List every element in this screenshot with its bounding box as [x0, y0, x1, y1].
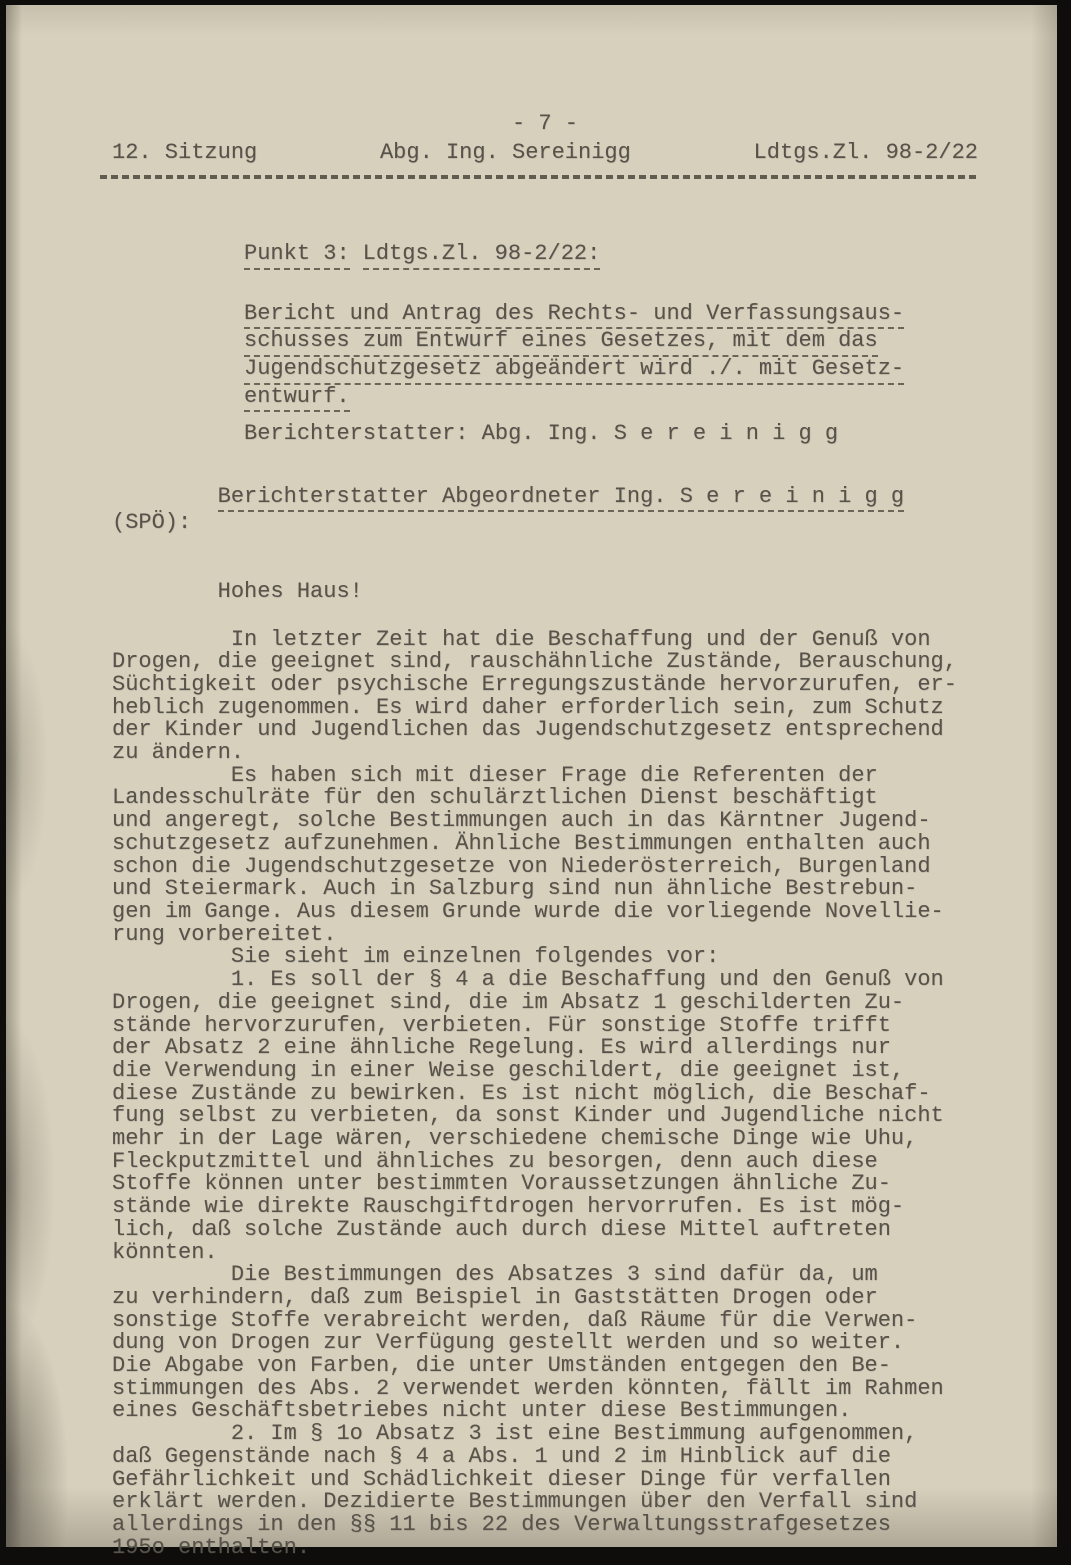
rapporteur-line: Berichterstatter: Abg. Ing. S e r e i n …	[112, 423, 978, 446]
agenda-title-line: Jugendschutzgesetz abgeändert wird ./. m…	[244, 358, 978, 385]
salutation: Hohes Haus!	[112, 581, 978, 604]
paragraph: 1. Es soll der § 4 a die Beschaffung und…	[112, 969, 978, 1264]
header-divider	[100, 175, 980, 179]
agenda-title-line: entwurf.	[244, 386, 978, 413]
agenda-item-heading: Punkt 3:Ldtgs.Zl. 98-2/22:	[112, 220, 978, 292]
file-reference: Ldtgs.Zl. 98-2/22	[754, 142, 978, 165]
agenda-title-text: schusses zum Entwurf eines Gesetzes, mit…	[244, 330, 878, 357]
scanned-document: - 7 - 12. Sitzung Abg. Ing. Sereinigg Ld…	[0, 0, 1071, 1565]
agenda-title-text: Jugendschutzgesetz abgeändert wird ./. m…	[244, 358, 904, 385]
agenda-item: Punkt 3:Ldtgs.Zl. 98-2/22: Bericht und A…	[112, 220, 978, 412]
agenda-title-line: schusses zum Entwurf eines Gesetzes, mit…	[244, 330, 978, 357]
session-label: 12. Sitzung	[112, 142, 257, 165]
agenda-item-label: Punkt 3:	[244, 243, 350, 270]
paper-sheet: - 7 - 12. Sitzung Abg. Ing. Sereinigg Ld…	[6, 5, 1057, 1547]
speaker-label: Abg. Ing. Sereinigg	[380, 142, 631, 165]
paragraph: Die Bestimmungen des Absatzes 3 sind daf…	[112, 1264, 978, 1423]
agenda-item-reference: Ldtgs.Zl. 98-2/22:	[363, 243, 601, 270]
paragraph: Sie sieht im einzelnen folgendes vor:	[112, 946, 978, 969]
agenda-item-title: Bericht und Antrag des Rechts- und Verfa…	[244, 303, 978, 413]
rapporteur-name: Berichterstatter Abgeordneter Ing. S e r…	[218, 486, 905, 513]
paragraph: 2. Im § 1o Absatz 3 ist eine Bestimmung …	[112, 1423, 978, 1559]
agenda-title-text: entwurf.	[244, 386, 350, 413]
page-content: - 7 - 12. Sitzung Abg. Ing. Sereinigg Ld…	[112, 5, 978, 1559]
paragraph: In letzter Zeit hat die Beschaffung und …	[112, 629, 978, 765]
speech-body: In letzter Zeit hat die Beschaffung und …	[112, 629, 978, 1560]
agenda-title-text: Bericht und Antrag des Rechts- und Verfa…	[244, 303, 904, 330]
page-number: - 7 -	[112, 113, 978, 136]
running-header: 12. Sitzung Abg. Ing. Sereinigg Ldtgs.Zl…	[112, 142, 978, 165]
paragraph: Es haben sich mit dieser Frage die Refer…	[112, 765, 978, 947]
rapporteur-speech-heading: Berichterstatter Abgeordneter Ing. S e r…	[112, 463, 978, 558]
agenda-title-line: Bericht und Antrag des Rechts- und Verfa…	[244, 303, 978, 330]
